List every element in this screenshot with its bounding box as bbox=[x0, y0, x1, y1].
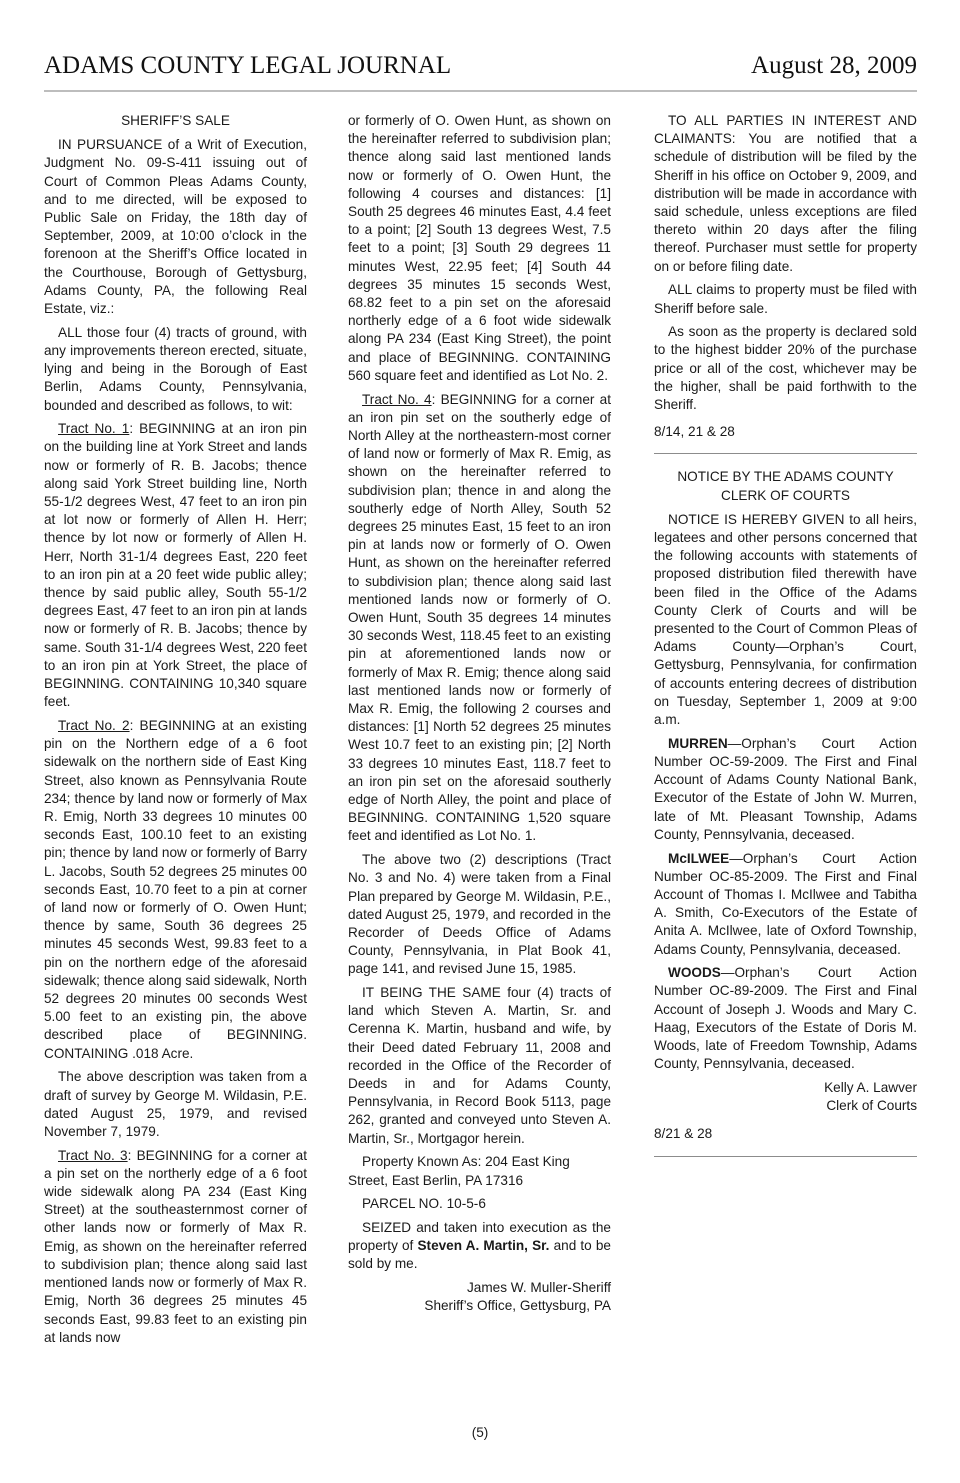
tract-2-label: Tract No. 2 bbox=[58, 718, 130, 733]
sheriff-run-dates: 8/14, 21 & 28 bbox=[654, 423, 917, 441]
sheriff-sale-intro: IN PURSUANCE of a Writ of Execution, Jud… bbox=[44, 136, 307, 318]
account-name: McILWEE bbox=[668, 851, 729, 866]
page-number: (5) bbox=[0, 1425, 960, 1440]
clerk-notice-title-1: NOTICE BY THE ADAMS COUNTY bbox=[654, 468, 917, 486]
sheriff-sale-title: SHERIFF’S SALE bbox=[44, 112, 307, 130]
property-known-as: Property Known As: 204 East King Street,… bbox=[348, 1153, 611, 1189]
clerk-signature-title: Clerk of Courts bbox=[654, 1097, 917, 1115]
clerk-run-dates: 8/21 & 28 bbox=[654, 1125, 917, 1143]
account-name: WOODS bbox=[668, 965, 721, 980]
clerk-notice-intro: NOTICE IS HEREBY GIVEN to all heirs, leg… bbox=[654, 511, 917, 729]
tract-4-label: Tract No. 4 bbox=[362, 392, 432, 407]
account-murren: MURREN—Orphan’s Court Action Number OC-5… bbox=[654, 735, 917, 844]
column-3: TO ALL PARTIES IN INTEREST AND CLAIMANTS… bbox=[654, 112, 917, 1171]
owner-name: Steven A. Martin, Sr. bbox=[417, 1238, 549, 1253]
being-the-same: IT BEING THE SAME four (4) tracts of lan… bbox=[348, 984, 611, 1148]
tract-4: Tract No. 4: BEGINNING for a corner at a… bbox=[348, 391, 611, 846]
tract-3-text: : BEGINNING for a corner at a pin set on… bbox=[44, 1148, 307, 1345]
tract-4-text: : BEGINNING for a corner at an iron pin … bbox=[348, 392, 611, 844]
account-mcilwee: McILWEE—Orphan’s Court Action Number OC-… bbox=[654, 850, 917, 959]
page-header: ADAMS COUNTY LEGAL JOURNAL August 28, 20… bbox=[44, 52, 917, 80]
parties-notice: TO ALL PARTIES IN INTEREST AND CLAIMANTS… bbox=[654, 112, 917, 276]
plan-note: The above two (2) descriptions (Tract No… bbox=[348, 851, 611, 978]
header-divider bbox=[44, 90, 917, 92]
column-1: SHERIFF’S SALE IN PURSUANCE of a Writ of… bbox=[44, 112, 307, 1352]
tracts-intro: ALL those four (4) tracts of ground, wit… bbox=[44, 324, 307, 415]
clerk-signature-name: Kelly A. Lawver bbox=[654, 1079, 917, 1097]
payment-notice: As soon as the property is declared sold… bbox=[654, 323, 917, 414]
survey-note: The above description was taken from a d… bbox=[44, 1068, 307, 1141]
tract-1-text: : BEGINNING at an iron pin on the buildi… bbox=[44, 421, 307, 709]
issue-date: August 28, 2009 bbox=[751, 52, 917, 80]
seized-statement: SEIZED and taken into execution as the p… bbox=[348, 1219, 611, 1274]
section-divider bbox=[654, 1156, 917, 1157]
tract-3-continued: or formerly of O. Owen Hunt, as shown on… bbox=[348, 112, 611, 385]
tract-1: Tract No. 1: BEGINNING at an iron pin on… bbox=[44, 420, 307, 711]
sheriff-signature-office: Sheriff’s Office, Gettysburg, PA bbox=[348, 1297, 611, 1315]
tract-2-text: : BEGINNING at an existing pin on the No… bbox=[44, 718, 307, 1061]
parcel-number: PARCEL NO. 10-5-6 bbox=[348, 1195, 611, 1213]
journal-title: ADAMS COUNTY LEGAL JOURNAL bbox=[44, 52, 451, 80]
tract-3: Tract No. 3: BEGINNING for a corner at a… bbox=[44, 1147, 307, 1347]
account-woods: WOODS—Orphan’s Court Action Number OC-89… bbox=[654, 964, 917, 1073]
tract-3-label: Tract No. 3 bbox=[58, 1148, 128, 1163]
sheriff-signature-name: James W. Muller-Sheriff bbox=[348, 1279, 611, 1297]
clerk-notice-title-2: CLERK OF COURTS bbox=[654, 487, 917, 505]
section-divider bbox=[654, 453, 917, 454]
column-2: or formerly of O. Owen Hunt, as shown on… bbox=[348, 112, 611, 1316]
tract-2: Tract No. 2: BEGINNING at an existing pi… bbox=[44, 717, 307, 1063]
account-name: MURREN bbox=[668, 736, 728, 751]
claims-notice: ALL claims to property must be filed wit… bbox=[654, 281, 917, 317]
tract-1-label: Tract No. 1 bbox=[58, 421, 129, 436]
